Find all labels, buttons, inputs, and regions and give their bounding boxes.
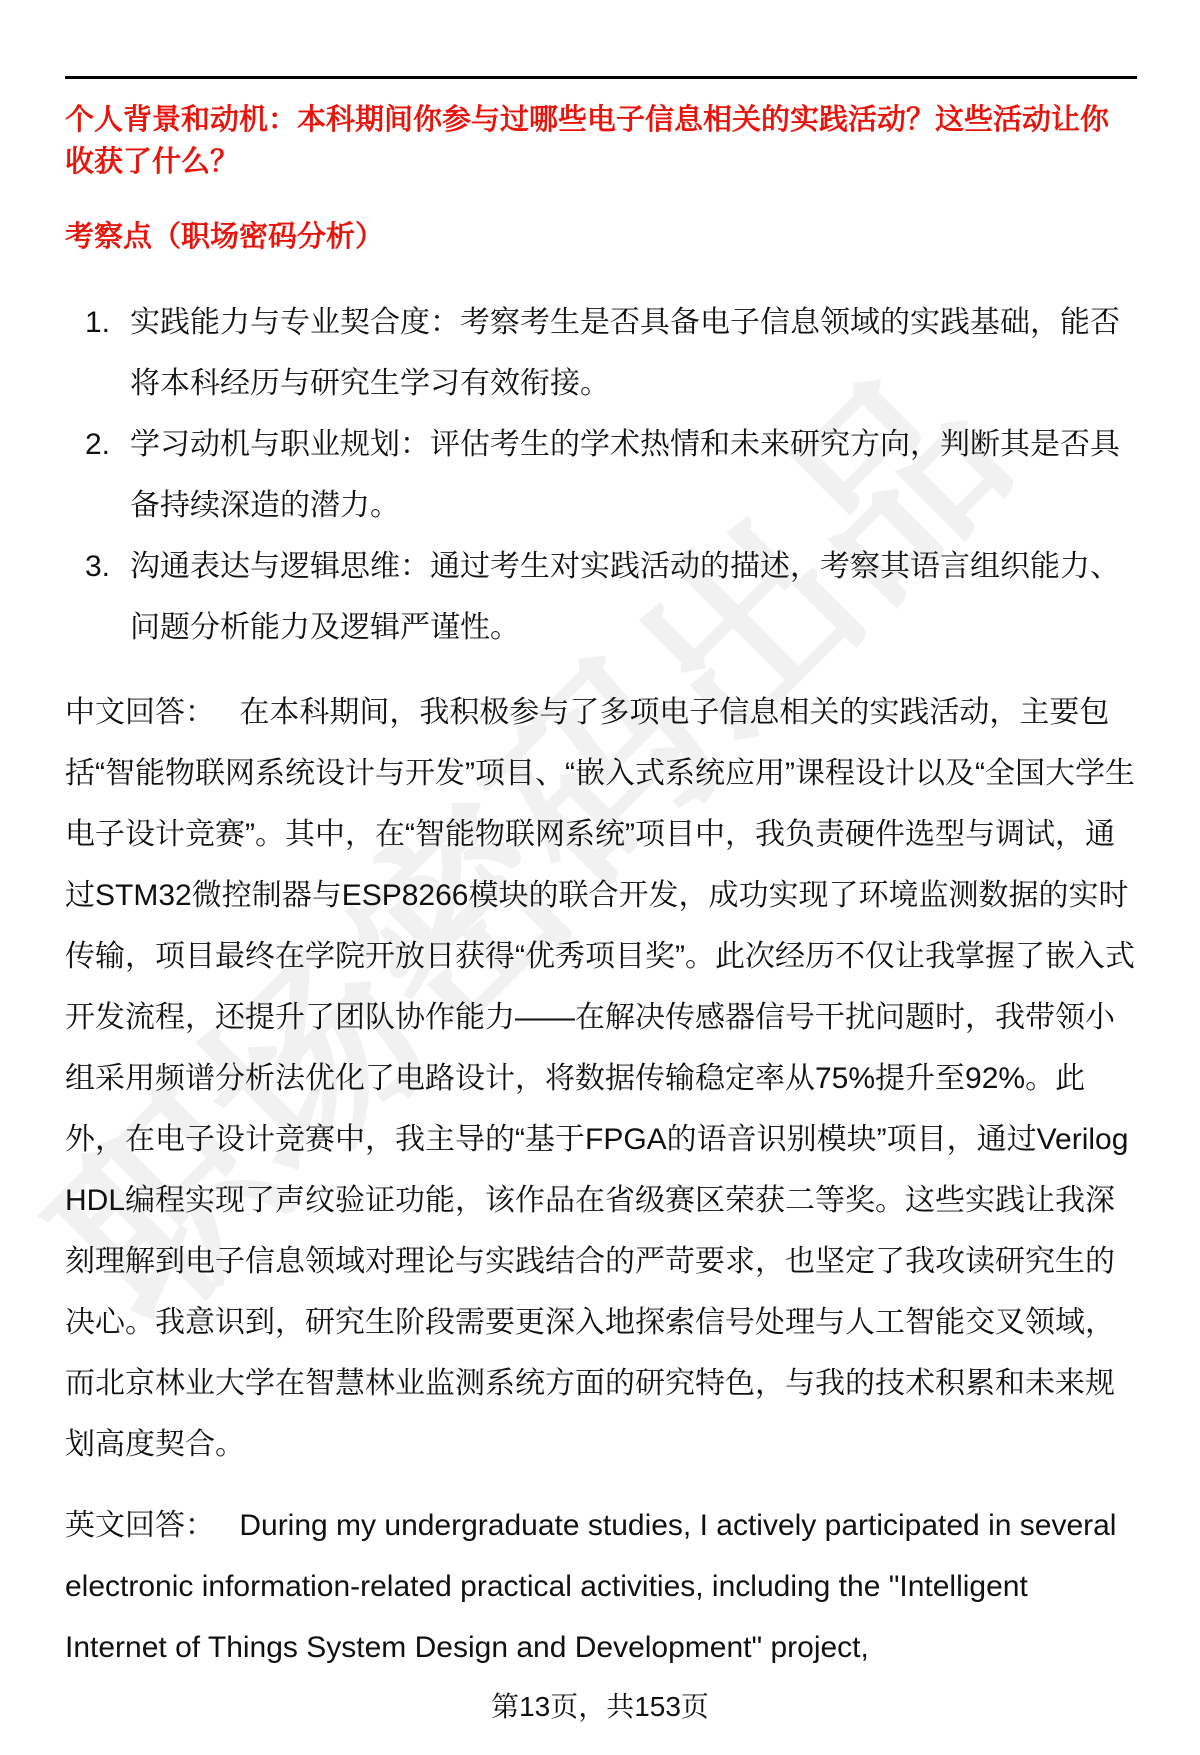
page-content: 个人背景和动机：本科期间你参与过哪些电子信息相关的实践活动？这些活动让你收获了什… <box>65 76 1137 1678</box>
document-page: 职场密码出品 个人背景和动机：本科期间你参与过哪些电子信息相关的实践活动？这些活… <box>0 0 1200 1755</box>
list-item-number: 3. <box>85 536 110 597</box>
list-item-text: 沟通表达与逻辑思维：通过考生对实践活动的描述，考察其语言组织能力、问题分析能力及… <box>130 550 1120 644</box>
section-heading: 考察点（职场密码分析） <box>65 216 1137 258</box>
page-number: 第13页，共153页 <box>0 1686 1200 1728</box>
list-item: 1. 实践能力与专业契合度：考察考生是否具备电子信息领域的实践基础，能否将本科经… <box>65 292 1137 414</box>
analysis-points-list: 1. 实践能力与专业契合度：考察考生是否具备电子信息领域的实践基础，能否将本科经… <box>65 292 1137 658</box>
top-divider <box>65 76 1137 79</box>
list-item-number: 1. <box>85 292 110 353</box>
english-answer-label: 英文回答： <box>65 1509 215 1542</box>
chinese-answer: 中文回答： 在本科期间，我积极参与了多项电子信息相关的实践活动，主要包括“智能物… <box>65 682 1137 1475</box>
english-answer: 英文回答： During my undergraduate studies, I… <box>65 1495 1137 1678</box>
list-item: 2. 学习动机与职业规划：评估考生的学术热情和未来研究方向，判断其是否具备持续深… <box>65 414 1137 536</box>
list-item-number: 2. <box>85 414 110 475</box>
english-answer-text: During my undergraduate studies, I activ… <box>65 1509 1116 1664</box>
question-title: 个人背景和动机：本科期间你参与过哪些电子信息相关的实践活动？这些活动让你收获了什… <box>65 99 1137 183</box>
list-item-text: 实践能力与专业契合度：考察考生是否具备电子信息领域的实践基础，能否将本科经历与研… <box>130 306 1120 400</box>
list-item: 3. 沟通表达与逻辑思维：通过考生对实践活动的描述，考察其语言组织能力、问题分析… <box>65 536 1137 658</box>
chinese-answer-label: 中文回答： <box>65 696 215 729</box>
chinese-answer-text: 在本科期间，我积极参与了多项电子信息相关的实践活动，主要包括“智能物联网系统设计… <box>65 696 1135 1461</box>
list-item-text: 学习动机与职业规划：评估考生的学术热情和未来研究方向，判断其是否具备持续深造的潜… <box>130 428 1120 522</box>
